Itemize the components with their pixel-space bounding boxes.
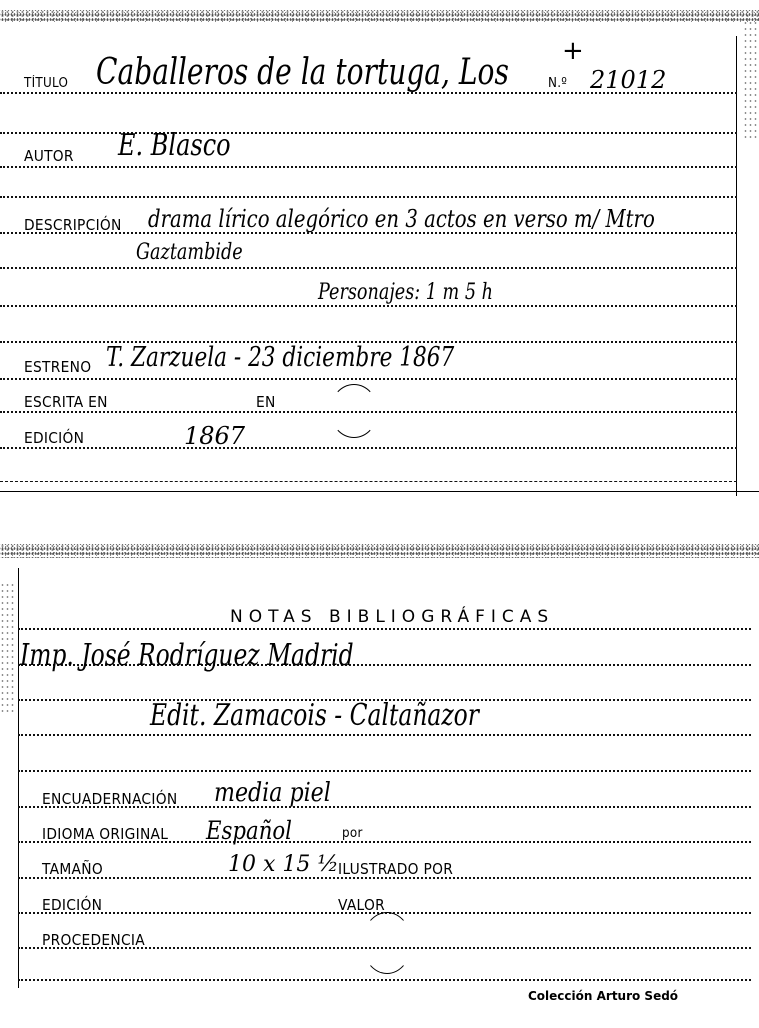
field-label-tamano: TAMAÑO [42, 860, 103, 878]
ruled-line [0, 166, 737, 168]
card-border [18, 568, 19, 988]
field-label-numero: N.º [548, 76, 567, 91]
section-heading-notas: NOTAS BIBLIOGRÁFICAS [230, 607, 554, 627]
ruled-line [18, 979, 751, 981]
field-value-descripcion-line3: Personajes: 1 m 5 h [318, 280, 493, 305]
field-value-titulo: Caballeros de la tortuga, Los [96, 52, 509, 93]
field-value-descripcion-line1: drama lírico alegórico en 3 actos en ver… [148, 205, 655, 233]
catalog-card-front: TÍTULO Caballeros de la tortuga, Los + N… [0, 0, 759, 492]
ruled-line [0, 267, 737, 269]
field-value-edicion: 1867 [184, 422, 245, 450]
ruled-line [0, 481, 737, 482]
ruled-line [0, 447, 737, 449]
ruled-line [0, 378, 737, 380]
field-label-titulo: TÍTULO [24, 76, 68, 91]
ruled-line [18, 770, 751, 772]
field-value-descripcion-line2: Gaztambide [136, 240, 243, 265]
card-bottom-edge [0, 491, 759, 492]
note-line: Imp. José Rodríguez Madrid [20, 638, 354, 673]
field-label-idioma-original: IDIOMA ORIGINAL [42, 825, 168, 843]
field-label-escrita-en: ESCRITA EN [24, 393, 108, 411]
ruled-line [0, 132, 737, 134]
field-value-numero: 21012 [590, 66, 666, 94]
ruled-line [18, 734, 751, 736]
ruled-line [0, 196, 737, 198]
field-value-idioma-original: Español [206, 816, 292, 845]
scan-edge-noise [0, 582, 14, 712]
field-label-edicion: EDICIÓN [24, 429, 84, 447]
ruled-line [0, 305, 737, 307]
plus-mark: + [562, 36, 584, 66]
ruled-line [18, 628, 751, 630]
scan-edge-noise [743, 20, 757, 140]
field-value-estreno: T. Zarzuela - 23 diciembre 1867 [106, 342, 454, 373]
card-border [736, 36, 737, 496]
field-label-procedencia: PROCEDENCIA [42, 931, 145, 949]
field-value-autor: E. Blasco [118, 128, 231, 163]
field-value-encuadernacion: media piel [214, 778, 331, 808]
field-value-tamano: 10 x 15 ½ [228, 852, 339, 877]
scan-edge-noise [0, 10, 759, 22]
stamp-circle [362, 912, 412, 974]
field-label-encuadernacion: ENCUADERNACIÓN [42, 790, 177, 808]
field-label-valor: VALOR [338, 896, 385, 914]
field-label-por: por [342, 826, 363, 841]
stamp-circle [330, 384, 378, 438]
note-line: Edit. Zamacois - Caltañazor [150, 698, 479, 733]
scan-edge-noise [0, 544, 759, 558]
field-label-en: EN [256, 393, 276, 411]
field-label-edicion-bottom: EDICIÓN [42, 896, 102, 914]
field-label-descripcion: DESCRIPCIÓN [24, 216, 122, 234]
field-label-ilustrado-por: ILUSTRADO POR [338, 860, 453, 878]
field-label-estreno: ESTRENO [24, 358, 91, 376]
field-label-autor: AUTOR [24, 147, 74, 165]
collection-credit: Colección Arturo Sedó [528, 989, 678, 1003]
